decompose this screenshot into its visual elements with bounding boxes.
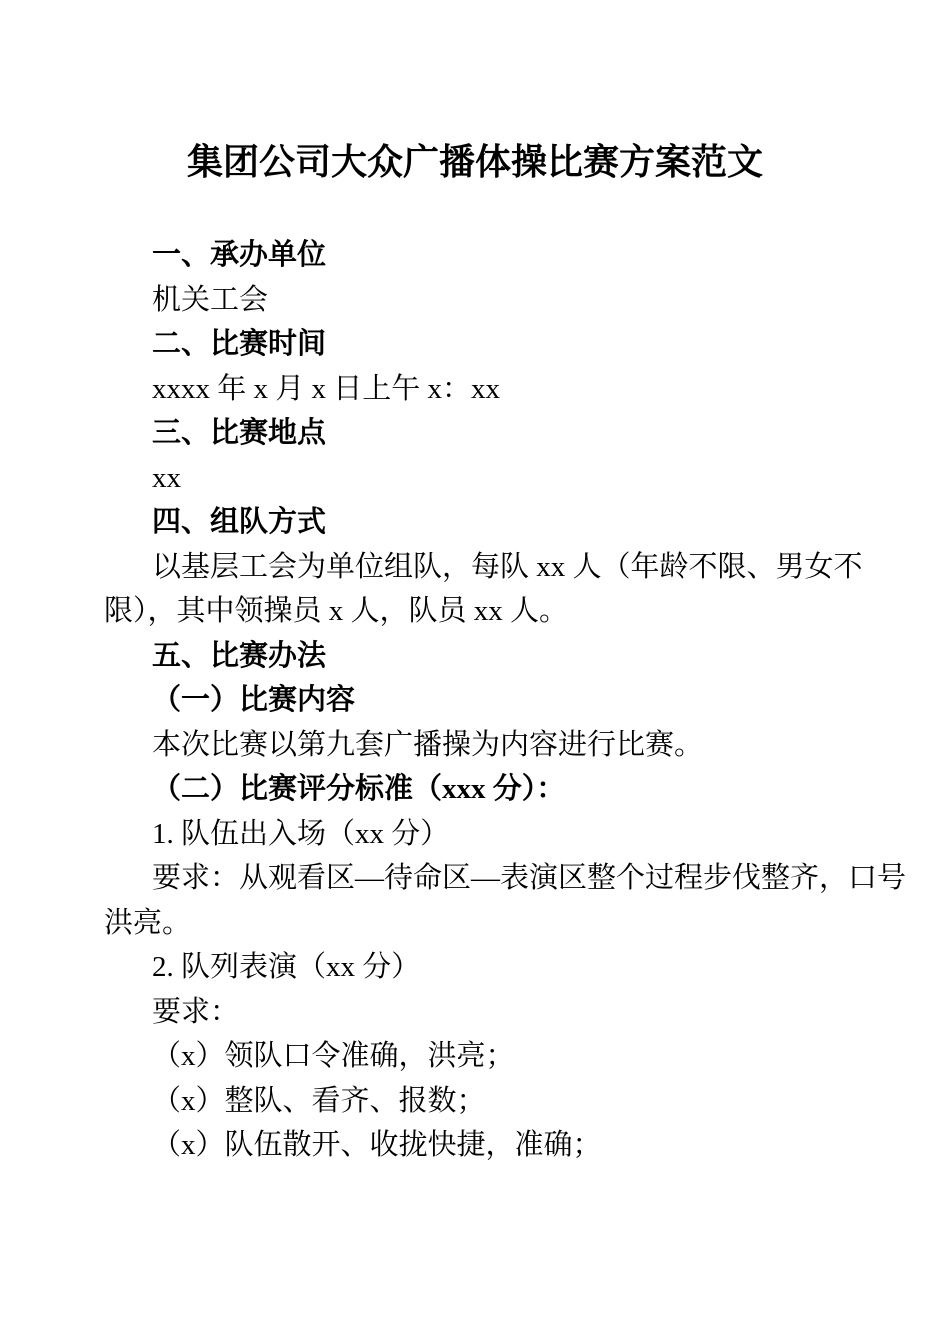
document-page: 集团公司大众广播体操比赛方案范文 一、承办单位 机关工会 二、比赛时间 xxxx… <box>0 0 950 1344</box>
heading-2-time: 二、比赛时间 <box>104 322 846 367</box>
paragraph-entry-exit-requirement-line-1: 要求：从观看区—待命区—表演区整个过程步伐整齐，口号 <box>104 856 846 901</box>
paragraph-content: 本次比赛以第九套广播操为内容进行比赛。 <box>104 723 846 768</box>
paragraph-team-formation-line-2: 限），其中领操员 x 人，队员 xx 人。 <box>104 589 846 634</box>
item-1-entry-exit: 1. 队伍出入场（xx 分） <box>104 812 846 857</box>
item-2-formation-performance: 2. 队列表演（xx 分） <box>104 945 846 990</box>
heading-5-competition-method: 五、比赛办法 <box>104 634 846 679</box>
paragraph-time: xxxx 年 x 月 x 日上午 x：xx <box>104 367 846 412</box>
document-body: 一、承办单位 机关工会 二、比赛时间 xxxx 年 x 月 x 日上午 x：xx… <box>0 233 950 1168</box>
requirement-item-commands: （x）领队口令准确，洪亮； <box>104 1034 846 1079</box>
paragraph-entry-exit-requirement-line-2: 洪亮。 <box>104 901 846 946</box>
subheading-2-scoring: （二）比赛评分标准（xxx 分）： <box>104 767 846 812</box>
paragraph-team-formation-line-1: 以基层工会为单位组队，每队 xx 人（年龄不限、男女不 <box>104 545 846 590</box>
requirement-item-lineup: （x）整队、看齐、报数； <box>104 1079 846 1124</box>
heading-4-team-formation: 四、组队方式 <box>104 500 846 545</box>
subheading-1-content: （一）比赛内容 <box>104 678 846 723</box>
heading-3-location: 三、比赛地点 <box>104 411 846 456</box>
requirement-item-disperse: （x）队伍散开、收拢快捷，准确； <box>104 1123 846 1168</box>
paragraph-requirement-label: 要求： <box>104 990 846 1035</box>
paragraph-organizer: 机关工会 <box>104 278 846 323</box>
heading-1-organizer: 一、承办单位 <box>104 233 846 278</box>
paragraph-location: xx <box>104 456 846 501</box>
document-title: 集团公司大众广播体操比赛方案范文 <box>95 136 855 188</box>
